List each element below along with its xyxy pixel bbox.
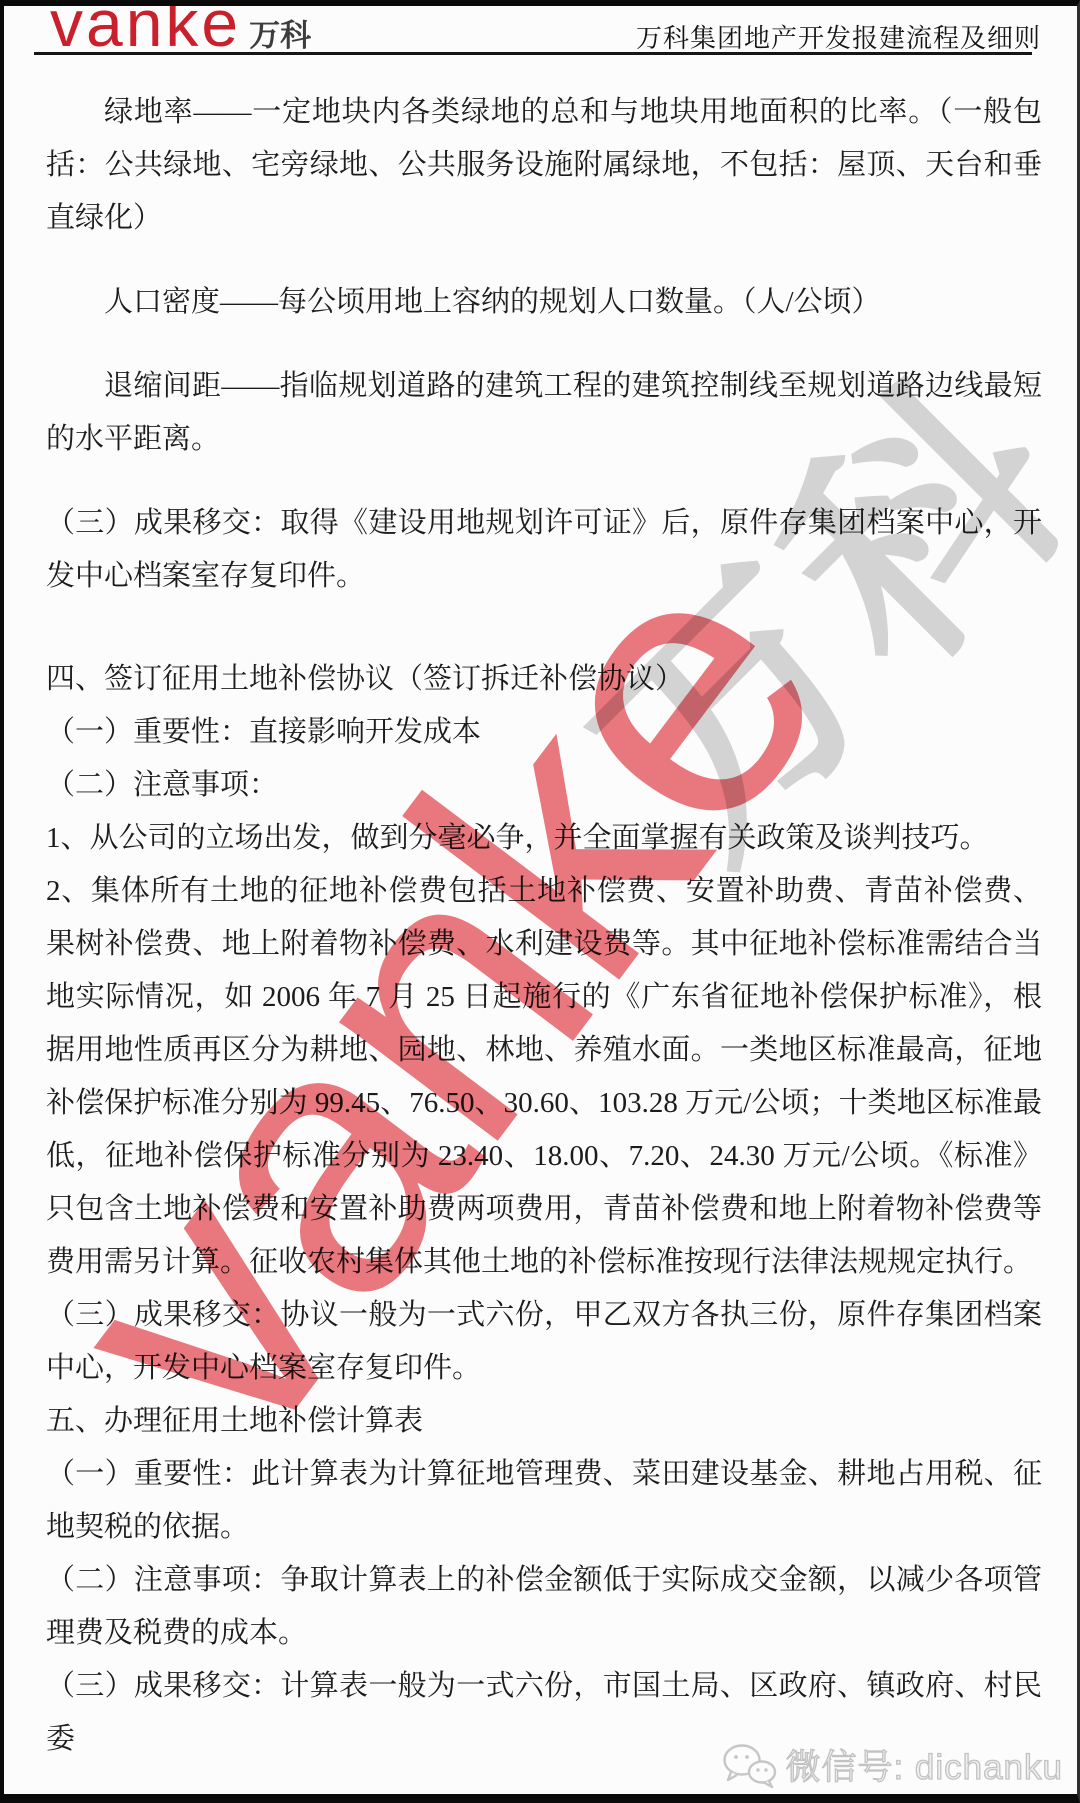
heading-section-4: 四、签订征用土地补偿协议（签订拆迁补偿协议） [46, 653, 1042, 706]
paragraph-importance-4: （一）重要性：直接影响开发成本 [46, 706, 1042, 759]
vanke-logo-cjk: 万科 [249, 10, 311, 55]
wechat-id-label: 微信号: dichanku [785, 1740, 1063, 1790]
document-page: vanke 万科 万科集团地产开发报建流程及细则 绿地率——一定地块内各类绿地的… [0, 0, 1080, 1803]
vanke-logo-text: vanke [50, 0, 241, 56]
vanke-logo: vanke 万科 [50, 0, 311, 56]
paragraph-note-2: 2、集体所有土地的征地补偿费包括土地补偿费、安置补助费、青苗补偿费、果树补偿费、… [46, 865, 1042, 1289]
header-divider [34, 52, 1032, 55]
paragraph-result-handover-4: （三）成果移交：协议一般为一式六份，甲乙双方各执三份，原件存集团档案中心，开发中… [46, 1289, 1042, 1395]
document-title: 万科集团地产开发报建流程及细则 [636, 18, 1041, 55]
paragraph-note-1: 1、从公司的立场出发，做到分毫必争，并全面掌握有关政策及谈判技巧。 [46, 812, 1042, 865]
document-body: 绿地率——一定地块内各类绿地的总和与地块用地面积的比率。（一般包括：公共绿地、宅… [46, 86, 1042, 1766]
paragraph-result-handover-3: （三）成果移交：取得《建设用地规划许可证》后，原件存集团档案中心，开发中心档案室… [46, 497, 1042, 603]
paragraph-population-density: 人口密度——每公顷用地上容纳的规划人口数量。（人/公顷） [46, 276, 1042, 329]
paragraph-notes-5: （二）注意事项：争取计算表上的补偿金额低于实际成交金额，以减少各项管理费及税费的… [46, 1554, 1042, 1660]
paragraph-greening-rate: 绿地率——一定地块内各类绿地的总和与地块用地面积的比率。（一般包括：公共绿地、宅… [46, 86, 1042, 245]
page-footer: 微信号: dichanku [720, 1740, 1063, 1790]
heading-section-5: 五、办理征用土地补偿计算表 [46, 1395, 1042, 1448]
paragraph-setback-distance: 退缩间距——指临规划道路的建筑工程的建筑控制线至规划道路边线最短的水平距离。 [46, 360, 1042, 466]
paragraph-notes-heading-4: （二）注意事项： [46, 759, 1042, 812]
wechat-icon [720, 1741, 778, 1789]
paragraph-importance-5: （一）重要性：此计算表为计算征地管理费、菜田建设基金、耕地占用税、征地契税的依据… [46, 1448, 1042, 1554]
